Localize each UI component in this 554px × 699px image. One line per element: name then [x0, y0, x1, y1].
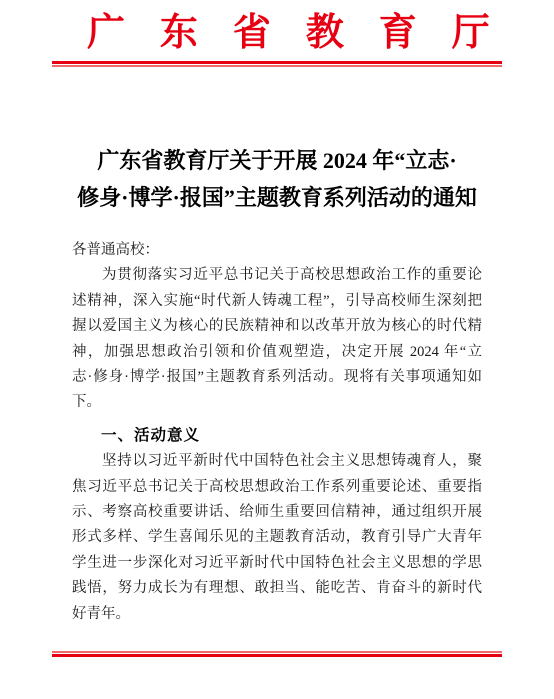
salutation: 各普通高校： — [72, 238, 482, 263]
body-line: 学生进一步深化对习近平新时代中国特色社会主义思想的学思 — [72, 551, 482, 576]
title-line-1: 广东省教育厅关于开展 2024 年“立志· — [52, 143, 502, 180]
body-line: 神，加强思想政治引领和价值观塑造，决定开展 2024 年“立 — [72, 340, 482, 365]
footer-rule — [52, 651, 502, 657]
body-line: 述精神，深入实施“时代新人铸魂工程”，引导高校师生深刻把 — [72, 289, 482, 314]
document-content: 广东省教育厅 广东省教育厅关于开展 2024 年“立志· 修身·博学·报国”主题… — [52, 12, 502, 657]
body-line: 志·修身·博学·报国”主题教育系列活动。现将有关事项通知如 — [72, 365, 482, 390]
body-line: 示、考察高校重要讲话、给师生重要回信精神，通过组织开展 — [72, 500, 482, 525]
body-line: 好青年。 — [72, 602, 482, 627]
section-1-heading: 一、活动意义 — [72, 423, 482, 448]
body-line: 坚持以习近平新时代中国特色社会主义思想铸魂育人，聚 — [72, 449, 482, 474]
paragraph-2: 坚持以习近平新时代中国特色社会主义思想铸魂育人，聚 焦习近平总书记关于高校思想政… — [72, 449, 482, 627]
body-line: 握以爱国主义为核心的民族精神和以改革开放为核心的时代精 — [72, 314, 482, 339]
body-line: 焦习近平总书记关于高校思想政治工作系列重要论述、重要指 — [72, 475, 482, 500]
body-line: 形式多样、学生喜闻乐见的主题教育活动，教育引导广大青年 — [72, 525, 482, 550]
paragraph-1: 为贯彻落实习近平总书记关于高校思想政治工作的重要论 述精神，深入实施“时代新人铸… — [72, 263, 482, 415]
body-line: 践悟，努力成长为有理想、敢担当、能吃苦、肯奋斗的新时代 — [72, 576, 482, 601]
body-text: 各普通高校： 为贯彻落实习近平总书记关于高校思想政治工作的重要论 述精神，深入实… — [72, 238, 482, 627]
title-line-2: 修身·博学·报国”主题教育系列活动的通知 — [52, 180, 502, 217]
agency-letterhead: 广东省教育厅 — [52, 12, 502, 54]
body-line: 下。 — [72, 390, 482, 415]
body-line: 为贯彻落实习近平总书记关于高校思想政治工作的重要论 — [72, 263, 482, 288]
document-page: 广东省教育厅 广东省教育厅关于开展 2024 年“立志· 修身·博学·报国”主题… — [0, 0, 554, 699]
document-title: 广东省教育厅关于开展 2024 年“立志· 修身·博学·报国”主题教育系列活动的… — [52, 143, 502, 216]
letterhead-rule — [52, 61, 502, 67]
agency-name: 广东省教育厅 — [52, 12, 525, 54]
